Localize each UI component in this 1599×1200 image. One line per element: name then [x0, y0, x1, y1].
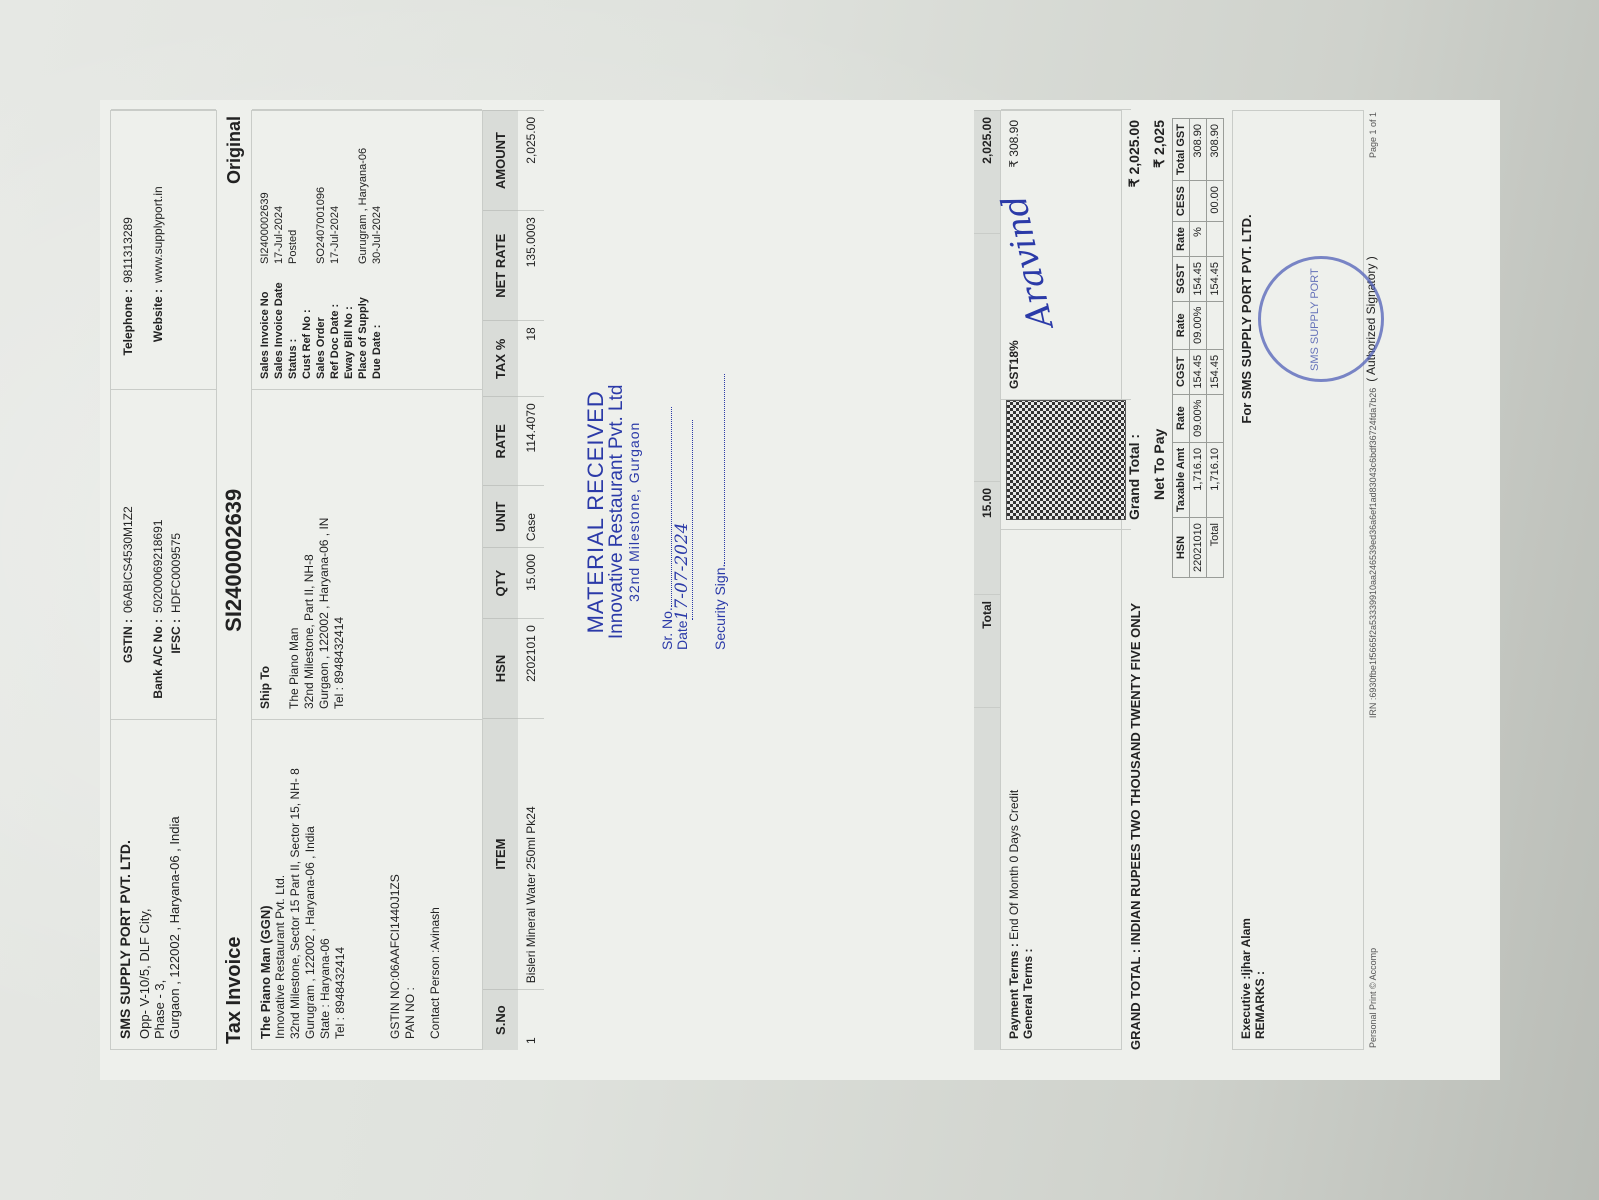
supplier-address-line: Phase - 3,: [152, 730, 167, 1039]
bill-to-gstin: GSTIN NO:06AAFCI1440J1ZS: [388, 730, 403, 1039]
total-label: Total: [974, 595, 1000, 708]
gstin-label: GSTIN :: [121, 619, 135, 709]
gst-cell: 09.00%: [1190, 301, 1207, 349]
material-received-stamp: MATERIAL RECEIVED Innovative Restaurant …: [584, 374, 728, 650]
gst-cell: 09.00%: [1190, 394, 1207, 442]
ship-to-line: Gurgaon , 122002 , Haryana-06 , IN: [317, 400, 332, 709]
supplier-address-line: Opp- V-10/5, DLF City,: [137, 730, 152, 1039]
meta-label: Eway Bill No :: [342, 264, 356, 379]
items-body-area: MATERIAL RECEIVED Innovative Restaurant …: [544, 110, 974, 1050]
table-cell: 15.000: [518, 548, 544, 619]
column-header: UNIT: [483, 486, 518, 548]
meta-label: Place of Supply: [356, 264, 370, 379]
ship-to-line: 32nd Milestone, Part II, NH-8: [302, 400, 317, 709]
gst-column-header: Rate: [1173, 222, 1190, 257]
column-header: RATE: [483, 397, 518, 486]
supplier-contact-block: Telephone :9811313289 Website :www.suppl…: [111, 109, 216, 389]
gst-cell: 00.00: [1207, 181, 1224, 222]
bill-to-line: Innovative Restaurant Pvt. Ltd.: [273, 730, 288, 1039]
amount-in-words: GRAND TOTAL : INDIAN RUPEES TWO THOUSAND…: [1122, 530, 1172, 1050]
bank-label: Bank A/C No :: [151, 619, 165, 709]
table-row: 1Bisleri Mineral Water 250ml Pk242202101…: [518, 111, 544, 1051]
column-header: NET RATE: [483, 211, 518, 321]
title-bar: Tax Invoice SI2400002639 Original: [217, 110, 251, 1050]
gst-cell: 154.45: [1190, 349, 1207, 394]
copy-label: Original: [224, 116, 245, 184]
stamp-line: Innovative Restaurant Pvt. Ltd: [607, 374, 627, 650]
gst-cell: [1207, 222, 1224, 257]
bill-to-line: 32nd Milestone, Sector 15 Part II, Secto…: [288, 730, 303, 1039]
document-title: Tax Invoice: [223, 937, 246, 1044]
items-total-row: Total 15.00 2,025.00: [974, 110, 1000, 1050]
meta-label: Status :: [286, 264, 300, 379]
receiver-signature: Aravind: [994, 176, 1137, 332]
table-cell: 135.0003: [518, 211, 544, 321]
general-terms-label: General Terms :: [1021, 540, 1035, 1039]
qr-code: [1007, 401, 1125, 519]
meta-value: [342, 120, 356, 264]
invoice-meta: Sales Invoice NoSI2400002639Sales Invoic…: [252, 109, 482, 389]
meta-label: Ref Doc Date :: [328, 264, 342, 379]
remarks-label: REMARKS :: [1253, 539, 1267, 1039]
column-header: QTY: [483, 548, 518, 619]
telephone-label: Telephone :: [121, 289, 135, 379]
stamp-date-handwritten: 17-07-2024: [672, 522, 692, 620]
meta-value: 30-Jul-2024: [370, 120, 384, 264]
table-cell: 2202101 0: [518, 619, 544, 719]
contact-person: Contact Person :Avinash: [428, 730, 443, 1039]
supplier-block: SMS SUPPLY PORT PVT. LTD. Opp- V-10/5, D…: [111, 719, 216, 1049]
ship-to-block: Ship To The Piano Man 32nd Milestone, Pa…: [252, 389, 482, 719]
gst-cell: 1,716.10: [1190, 442, 1207, 517]
items-table: S.NoITEMHSNQTYUNITRATETAX %NET RATEAMOUN…: [483, 110, 544, 1050]
gst-column-header: SGST: [1173, 256, 1190, 301]
table-cell: 114.4070: [518, 397, 544, 486]
bill-to-line: Tel : 8948432414: [333, 730, 348, 1039]
bill-to-pan: PAN NO :: [403, 730, 418, 1039]
column-header: HSN: [483, 619, 518, 719]
ifsc-value: HDFC0009575: [169, 533, 183, 613]
table-cell: 18: [518, 321, 544, 397]
total-amount: 2,025.00: [974, 111, 1000, 234]
meta-value: 17-Jul-2024: [328, 120, 342, 264]
gst-cell: Total: [1207, 518, 1224, 578]
signature-section: Executive :Ijhar Alam REMARKS : For SMS …: [1232, 110, 1364, 1050]
stamp-date-label: Date: [674, 620, 690, 650]
meta-value: Gurugram , Haryana-06: [356, 120, 370, 264]
supplier-name: SMS SUPPLY PORT PVT. LTD.: [117, 730, 133, 1039]
meta-label: Sales Invoice No: [258, 264, 272, 379]
total-qty: 15.00: [974, 482, 1000, 595]
gst-amount: ₹ 308.90: [1007, 120, 1125, 168]
net-to-pay-label: Net To Pay: [1151, 240, 1168, 520]
gst-column-header: Rate: [1173, 301, 1190, 349]
print-credit: Personal Print © Accomp: [1368, 948, 1378, 1048]
seal-text: SMS SUPPLY PORT: [1309, 268, 1321, 371]
net-to-pay-value: ₹ 2,025: [1151, 120, 1168, 240]
table-cell: 1: [518, 990, 544, 1050]
gst-rate-label: GST18%: [1007, 340, 1125, 389]
meta-label: Sales Invoice Date: [272, 264, 286, 379]
column-header: TAX %: [483, 321, 518, 397]
gst-cell: 22021010: [1190, 518, 1207, 578]
stamp-line: 32nd Milestone, Gurgaon: [627, 374, 642, 650]
gst-row: 220210101,716.1009.00%154.4509.00%154.45…: [1190, 119, 1207, 578]
gst-cell: 154.45: [1207, 349, 1224, 394]
supplier-bank-block: GSTIN :06ABICS4530M1Z2 Bank A/C No :5020…: [111, 389, 216, 719]
gst-summary: GRAND TOTAL : INDIAN RUPEES TWO THOUSAND…: [1122, 110, 1172, 1050]
ship-to-line: Tel : 8948432414: [332, 400, 347, 709]
gst-column-header: CGST: [1173, 349, 1190, 394]
table-cell: 2,025.00: [518, 111, 544, 211]
gst-breakup-table: HSNTaxable AmtRateCGSTRateSGSTRateCESSTo…: [1172, 118, 1224, 578]
gst-cell: 308.90: [1190, 119, 1207, 181]
ship-to-line: The Piano Man: [287, 400, 302, 709]
grand-total-value: ₹ 2,025.00: [1126, 120, 1143, 240]
column-header: AMOUNT: [483, 111, 518, 211]
executive-name: Executive :Ijhar Alam: [1239, 539, 1253, 1039]
gst-cell: 154.45: [1207, 256, 1224, 301]
supplier-address-line: Gurgaon , 122002 , Haryana-06 , India: [167, 730, 182, 1039]
gst-column-header: Taxable Amt: [1173, 442, 1190, 517]
company-seal: SMS SUPPLY PORT: [1258, 256, 1384, 382]
invoice-number: SI2400002639: [221, 489, 247, 632]
telephone-value: 9811313289: [121, 217, 135, 283]
gstin-value: 06ABICS4530M1Z2: [121, 506, 135, 613]
meta-value: [300, 120, 314, 264]
invoice-header: SMS SUPPLY PORT PVT. LTD. Opp- V-10/5, D…: [110, 110, 217, 1050]
stamp-security-label: Security Sign.: [712, 564, 728, 650]
irn-number: IRN :6930fbe1f5665f2a53339910aa246539ed3…: [1368, 388, 1378, 718]
gst-cell: [1207, 301, 1224, 349]
payment-terms-value: End Of Month 0 Days Credit: [1007, 790, 1021, 940]
meta-label: Cust Ref No :: [300, 264, 314, 379]
meta-label: Due Date :: [370, 264, 384, 379]
meta-value: 17-Jul-2024: [272, 120, 286, 264]
bill-to-name: The Piano Man (GGN): [258, 730, 273, 1039]
gst-cell: 154.45: [1190, 256, 1207, 301]
meta-value: Posted: [286, 120, 300, 264]
gst-cell: %: [1190, 222, 1207, 257]
gst-column-header: Total GST: [1173, 119, 1190, 181]
gst-column-header: HSN: [1173, 518, 1190, 578]
ifsc-label: IFSC :: [169, 619, 183, 709]
meta-label: Sales Order: [314, 264, 328, 379]
bank-account: 50200069218691: [151, 520, 165, 613]
bill-to-line: Gurugram , 122002 , Haryana-06 , India: [303, 730, 318, 1039]
ship-to-label: Ship To: [258, 400, 273, 709]
invoice-sheet: SMS SUPPLY PORT PVT. LTD. Opp- V-10/5, D…: [100, 100, 1500, 1080]
meta-value: SO2407001096: [314, 120, 328, 264]
gst-column-header: CESS: [1173, 181, 1190, 222]
column-header: S.No: [483, 990, 518, 1050]
payment-terms-label: Payment Terms :: [1007, 943, 1021, 1039]
website-label: Website :: [151, 289, 165, 379]
parties-section: The Piano Man (GGN) Innovative Restauran…: [251, 110, 483, 1050]
terms-section: Payment Terms : End Of Month 0 Days Cred…: [1000, 110, 1122, 1050]
gst-column-header: Rate: [1173, 394, 1190, 442]
gst-row: Total1,716.10154.45154.4500.00308.90: [1207, 119, 1224, 578]
meta-value: SI2400002639: [258, 120, 272, 264]
stamp-line: MATERIAL RECEIVED: [584, 374, 607, 650]
gst-cell: [1207, 394, 1224, 442]
gst-cell: 308.90: [1207, 119, 1224, 181]
website-link[interactable]: www.supplyport.in: [151, 186, 165, 283]
column-header: ITEM: [483, 718, 518, 989]
gst-cell: [1190, 181, 1207, 222]
table-cell: Case: [518, 486, 544, 548]
bill-to-block: The Piano Man (GGN) Innovative Restauran…: [252, 719, 482, 1049]
bill-to-line: State : Haryana-06: [318, 730, 333, 1039]
for-company-label: For SMS SUPPLY PORT PVT. LTD.: [1239, 119, 1254, 519]
gst-cell: 1,716.10: [1207, 442, 1224, 517]
page-number: Page 1 of 1: [1368, 112, 1378, 158]
table-cell: Bisleri Mineral Water 250ml Pk24: [518, 718, 544, 989]
